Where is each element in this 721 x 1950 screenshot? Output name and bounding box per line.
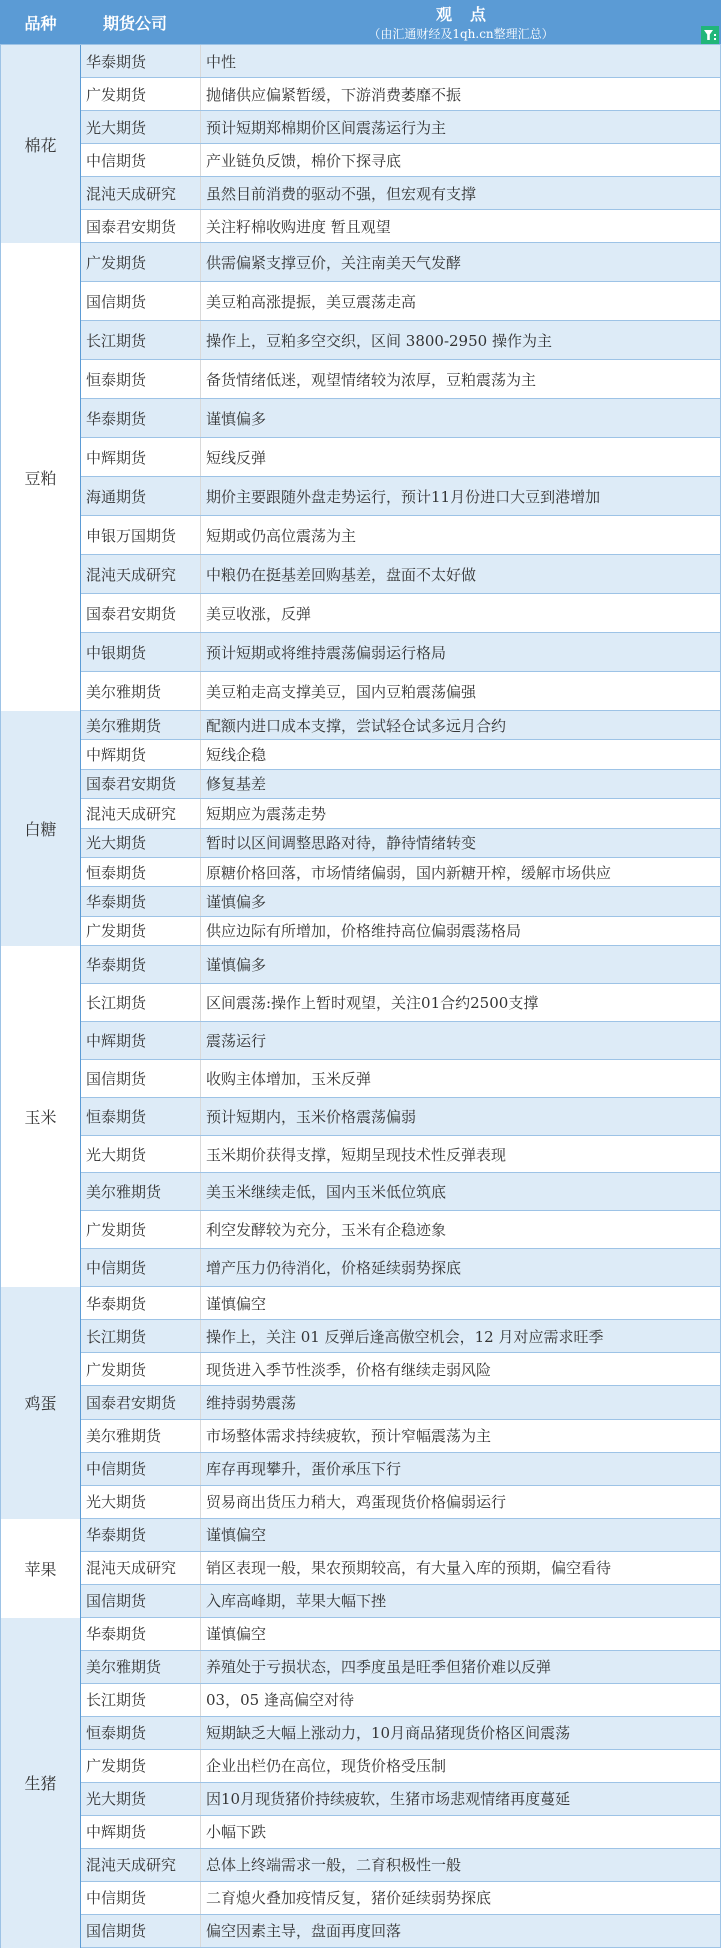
table-row: 中信期货产业链负反馈，棉价下探寻底 (81, 144, 721, 177)
table-row: 国信期货美豆粕高涨提振，美豆震荡走高 (81, 282, 721, 321)
view-cell: 谨慎偏多 (201, 887, 720, 915)
view-cell: 虽然目前消费的驱动不强，但宏观有支撑 (201, 177, 720, 209)
company-cell: 恒泰期货 (81, 360, 201, 398)
table-row: 海通期货期价主要跟随外盘走势运行，预计11月份进口大豆到港增加 (81, 477, 721, 516)
table-row: 光大期货预计短期郑棉期价区间震荡运行为主 (81, 111, 721, 144)
table-row: 中信期货库存再现攀升，蛋价承压下行 (81, 1453, 721, 1486)
company-cell: 广发期货 (81, 78, 201, 110)
table-row: 长江期货03，05 逢高偏空对待 (81, 1684, 721, 1717)
company-cell: 海通期货 (81, 477, 201, 515)
header-company: 期货公司 (81, 0, 201, 45)
company-cell: 国信期货 (81, 1915, 201, 1947)
view-cell: 小幅下跌 (201, 1816, 720, 1848)
view-cell: 市场整体需求持续疲软，预计窄幅震荡为主 (201, 1420, 720, 1452)
table-row: 中信期货增产压力仍待消化，价格延续弱势探底 (81, 1249, 721, 1287)
table-header: 品种 期货公司 观点 （由汇通财经及1qh.cn整理汇总） (0, 0, 721, 45)
view-cell: 利空发酵较为充分，玉米有企稳迹象 (201, 1211, 720, 1248)
view-cell: 预计短期或将维持震荡偏弱运行格局 (201, 633, 720, 671)
company-cell: 混沌天成研究 (81, 1552, 201, 1584)
view-cell: 短期或仍高位震荡为主 (201, 516, 720, 554)
header-variety: 品种 (0, 0, 81, 45)
company-cell: 中辉期货 (81, 740, 201, 768)
company-cell: 中银期货 (81, 633, 201, 671)
variety-group: 苹果华泰期货谨慎偏空混沌天成研究销区表现一般，果农预期较高，有大量入库的预期，偏… (0, 1519, 721, 1618)
table-row: 光大期货暂时以区间调整思路对待，静待情绪转变 (81, 829, 721, 858)
table-row: 光大期货玉米期价获得支撑，短期呈现技术性反弹表现 (81, 1136, 721, 1174)
view-cell: 操作上，豆粕多空交织，区间 3800-2950 操作为主 (201, 321, 720, 359)
table-row: 美尔雅期货配额内进口成本支撑，尝试轻仓试多远月合约 (81, 711, 721, 740)
company-cell: 美尔雅期货 (81, 1420, 201, 1452)
company-cell: 国泰君安期货 (81, 770, 201, 798)
company-cell: 中辉期货 (81, 1022, 201, 1059)
view-cell: 谨慎偏空 (201, 1618, 720, 1650)
view-cell: 总体上终端需求一般，二育积极性一般 (201, 1849, 720, 1881)
table-row: 混沌天成研究销区表现一般，果农预期较高，有大量入库的预期，偏空看待 (81, 1552, 721, 1585)
company-cell: 光大期货 (81, 111, 201, 143)
variety-rows: 华泰期货谨慎偏空混沌天成研究销区表现一般，果农预期较高，有大量入库的预期，偏空看… (81, 1519, 721, 1618)
table-row: 混沌天成研究总体上终端需求一般，二育积极性一般 (81, 1849, 721, 1882)
table-row: 华泰期货谨慎偏空 (81, 1618, 721, 1651)
table-row: 国信期货收购主体增加，玉米反弹 (81, 1060, 721, 1098)
company-cell: 长江期货 (81, 1684, 201, 1716)
table-row: 中辉期货小幅下跌 (81, 1816, 721, 1849)
view-cell: 美豆收涨，反弹 (201, 594, 720, 632)
table-row: 国信期货入库高峰期，苹果大幅下挫 (81, 1585, 721, 1618)
view-cell: 预计短期郑棉期价区间震荡运行为主 (201, 111, 720, 143)
company-cell: 恒泰期货 (81, 858, 201, 886)
table-row: 恒泰期货预计短期内，玉米价格震荡偏弱 (81, 1098, 721, 1136)
view-cell: 入库高峰期，苹果大幅下挫 (201, 1585, 720, 1617)
view-cell: 短线反弹 (201, 438, 720, 476)
table-row: 国信期货偏空因素主导，盘面再度回落 (81, 1915, 721, 1948)
table-row: 混沌天成研究中粮仍在挺基差回购基差，盘面不太好做 (81, 555, 721, 594)
company-cell: 国泰君安期货 (81, 210, 201, 242)
variety-label: 苹果 (0, 1519, 81, 1618)
view-cell: 谨慎偏多 (201, 399, 720, 437)
company-cell: 华泰期货 (81, 887, 201, 915)
company-cell: 广发期货 (81, 1211, 201, 1248)
view-cell: 产业链负反馈，棉价下探寻底 (201, 144, 720, 176)
view-cell: 美豆粕走高支撑美豆，国内豆粕震荡偏强 (201, 672, 720, 710)
table-row: 中辉期货短线企稳 (81, 740, 721, 769)
header-view: 观点 （由汇通财经及1qh.cn整理汇总） (201, 0, 721, 45)
variety-label: 生猪 (0, 1618, 81, 1948)
company-cell: 中信期货 (81, 1453, 201, 1485)
variety-group: 白糖美尔雅期货配额内进口成本支撑，尝试轻仓试多远月合约中辉期货短线企稳国泰君安期… (0, 711, 721, 946)
view-cell: 期价主要跟随外盘走势运行，预计11月份进口大豆到港增加 (201, 477, 720, 515)
company-cell: 国信期货 (81, 282, 201, 320)
view-cell: 短期缺乏大幅上涨动力，10月商品猪现货价格区间震荡 (201, 1717, 720, 1749)
table-row: 恒泰期货短期缺乏大幅上涨动力，10月商品猪现货价格区间震荡 (81, 1717, 721, 1750)
view-cell: 现货进入季节性淡季，价格有继续走弱风险 (201, 1353, 720, 1385)
view-cell: 收购主体增加，玉米反弹 (201, 1060, 720, 1097)
company-cell: 中信期货 (81, 144, 201, 176)
table-row: 国泰君安期货关注籽棉收购进度 暂且观望 (81, 210, 721, 243)
company-cell: 光大期货 (81, 1486, 201, 1518)
view-cell: 关注籽棉收购进度 暂且观望 (201, 210, 720, 242)
table-row: 中辉期货震荡运行 (81, 1022, 721, 1060)
company-cell: 华泰期货 (81, 1618, 201, 1650)
company-cell: 国信期货 (81, 1585, 201, 1617)
view-cell: 谨慎偏空 (201, 1287, 720, 1319)
variety-rows: 美尔雅期货配额内进口成本支撑，尝试轻仓试多远月合约中辉期货短线企稳国泰君安期货修… (81, 711, 721, 946)
company-cell: 美尔雅期货 (81, 1173, 201, 1210)
company-cell: 中信期货 (81, 1249, 201, 1286)
variety-group: 生猪华泰期货谨慎偏空美尔雅期货养殖处于亏损状态，四季度虽是旺季但猪价难以反弹长江… (0, 1618, 721, 1948)
view-cell: 玉米期价获得支撑，短期呈现技术性反弹表现 (201, 1136, 720, 1173)
view-cell: 二育熄火叠加疫情反复，猪价延续弱势探底 (201, 1882, 720, 1914)
view-cell: 备货情绪低迷，观望情绪较为浓厚，豆粕震荡为主 (201, 360, 720, 398)
filter-icon (703, 28, 717, 42)
company-cell: 广发期货 (81, 1750, 201, 1782)
table-row: 华泰期货谨慎偏空 (81, 1287, 721, 1320)
company-cell: 长江期货 (81, 321, 201, 359)
table-row: 华泰期货谨慎偏空 (81, 1519, 721, 1552)
view-cell: 短线企稳 (201, 740, 720, 768)
table-row: 美尔雅期货市场整体需求持续疲软，预计窄幅震荡为主 (81, 1420, 721, 1453)
company-cell: 华泰期货 (81, 45, 201, 77)
company-cell: 中信期货 (81, 1882, 201, 1914)
table-row: 混沌天成研究短期应为震荡走势 (81, 799, 721, 828)
table-row: 中银期货预计短期或将维持震荡偏弱运行格局 (81, 633, 721, 672)
table-row: 中辉期货短线反弹 (81, 438, 721, 477)
view-cell: 中性 (201, 45, 720, 77)
view-cell: 区间震荡:操作上暂时观望，关注01合约2500支撑 (201, 984, 720, 1021)
table-row: 国泰君安期货美豆收涨，反弹 (81, 594, 721, 633)
table-row: 广发期货供应边际有所增加，价格维持高位偏弱震荡格局 (81, 917, 721, 946)
company-cell: 混沌天成研究 (81, 177, 201, 209)
variety-label: 白糖 (0, 711, 81, 946)
table-row: 广发期货企业出栏仍在高位，现货价格受压制 (81, 1750, 721, 1783)
table-row: 长江期货操作上，关注 01 反弹后逢高傲空机会，12 月对应需求旺季 (81, 1320, 721, 1353)
variety-label: 棉花 (0, 45, 81, 243)
header-view-title: 观点 (201, 6, 721, 24)
variety-rows: 广发期货供需偏紧支撑豆价，关注南美天气发酵国信期货美豆粕高涨提振，美豆震荡走高长… (81, 243, 721, 711)
view-cell: 美玉米继续走低，国内玉米低位筑底 (201, 1173, 720, 1210)
table-row: 广发期货供需偏紧支撑豆价，关注南美天气发酵 (81, 243, 721, 282)
view-cell: 贸易商出货压力稍大，鸡蛋现货价格偏弱运行 (201, 1486, 720, 1518)
table-row: 美尔雅期货美豆粕走高支撑美豆，国内豆粕震荡偏强 (81, 672, 721, 711)
view-cell: 原糖价格回落，市场情绪偏弱，国内新糖开榨，缓解市场供应 (201, 858, 720, 886)
company-cell: 光大期货 (81, 1783, 201, 1815)
view-cell: 美豆粕高涨提振，美豆震荡走高 (201, 282, 720, 320)
header-view-subtitle: （由汇通财经及1qh.cn整理汇总） (201, 26, 721, 42)
view-cell: 供需偏紧支撑豆价，关注南美天气发酵 (201, 243, 720, 281)
table-row: 长江期货操作上，豆粕多空交织，区间 3800-2950 操作为主 (81, 321, 721, 360)
variety-label: 豆粕 (0, 243, 81, 711)
company-cell: 华泰期货 (81, 1287, 201, 1319)
company-cell: 广发期货 (81, 243, 201, 281)
view-cell: 中粮仍在挺基差回购基差，盘面不太好做 (201, 555, 720, 593)
company-cell: 光大期货 (81, 829, 201, 857)
table-row: 恒泰期货备货情绪低迷，观望情绪较为浓厚，豆粕震荡为主 (81, 360, 721, 399)
table-row: 广发期货现货进入季节性淡季，价格有继续走弱风险 (81, 1353, 721, 1386)
company-cell: 广发期货 (81, 1353, 201, 1385)
company-cell: 国信期货 (81, 1060, 201, 1097)
table-row: 光大期货贸易商出货压力稍大，鸡蛋现货价格偏弱运行 (81, 1486, 721, 1519)
company-cell: 长江期货 (81, 984, 201, 1021)
table-row: 国泰君安期货维持弱势震荡 (81, 1386, 721, 1419)
table-row: 申银万国期货短期或仍高位震荡为主 (81, 516, 721, 555)
view-cell: 短期应为震荡走势 (201, 799, 720, 827)
company-cell: 混沌天成研究 (81, 1849, 201, 1881)
table-row: 华泰期货谨慎偏多 (81, 946, 721, 984)
company-cell: 华泰期货 (81, 946, 201, 983)
view-cell: 供应边际有所增加，价格维持高位偏弱震荡格局 (201, 917, 720, 945)
company-cell: 美尔雅期货 (81, 1651, 201, 1683)
table-row: 光大期货因10月现货猪价持续疲软，生猪市场悲观情绪再度蔓延 (81, 1783, 721, 1816)
view-cell: 企业出栏仍在高位，现货价格受压制 (201, 1750, 720, 1782)
company-cell: 长江期货 (81, 1320, 201, 1352)
view-cell: 谨慎偏多 (201, 946, 720, 983)
company-cell: 恒泰期货 (81, 1717, 201, 1749)
filter-button[interactable] (701, 26, 719, 44)
view-cell: 因10月现货猪价持续疲软，生猪市场悲观情绪再度蔓延 (201, 1783, 720, 1815)
company-cell: 申银万国期货 (81, 516, 201, 554)
company-cell: 中辉期货 (81, 1816, 201, 1848)
variety-rows: 华泰期货谨慎偏空美尔雅期货养殖处于亏损状态，四季度虽是旺季但猪价难以反弹长江期货… (81, 1618, 721, 1948)
company-cell: 华泰期货 (81, 1519, 201, 1551)
table-row: 美尔雅期货美玉米继续走低，国内玉米低位筑底 (81, 1173, 721, 1211)
company-cell: 混沌天成研究 (81, 555, 201, 593)
company-cell: 国泰君安期货 (81, 594, 201, 632)
table-body: 棉花华泰期货中性广发期货抛储供应偏紧暂缓，下游消费萎靡不振光大期货预计短期郑棉期… (0, 45, 721, 1948)
company-cell: 广发期货 (81, 917, 201, 945)
company-cell: 恒泰期货 (81, 1098, 201, 1135)
view-cell: 销区表现一般，果农预期较高，有大量入库的预期，偏空看待 (201, 1552, 720, 1584)
table-row: 广发期货抛储供应偏紧暂缓，下游消费萎靡不振 (81, 78, 721, 111)
table-row: 华泰期货谨慎偏多 (81, 887, 721, 916)
variety-group: 玉米华泰期货谨慎偏多长江期货区间震荡:操作上暂时观望，关注01合约2500支撑中… (0, 946, 721, 1287)
view-cell: 修复基差 (201, 770, 720, 798)
company-cell: 美尔雅期货 (81, 711, 201, 739)
company-cell: 混沌天成研究 (81, 799, 201, 827)
table-row: 华泰期货谨慎偏多 (81, 399, 721, 438)
view-cell: 暂时以区间调整思路对待，静待情绪转变 (201, 829, 720, 857)
table-row: 国泰君安期货修复基差 (81, 770, 721, 799)
variety-rows: 华泰期货中性广发期货抛储供应偏紧暂缓，下游消费萎靡不振光大期货预计短期郑棉期价区… (81, 45, 721, 243)
view-cell: 操作上，关注 01 反弹后逢高傲空机会，12 月对应需求旺季 (201, 1320, 720, 1352)
variety-label: 玉米 (0, 946, 81, 1287)
company-cell: 国泰君安期货 (81, 1386, 201, 1418)
table-row: 长江期货区间震荡:操作上暂时观望，关注01合约2500支撑 (81, 984, 721, 1022)
variety-label: 鸡蛋 (0, 1287, 81, 1519)
company-cell: 美尔雅期货 (81, 672, 201, 710)
view-cell: 养殖处于亏损状态，四季度虽是旺季但猪价难以反弹 (201, 1651, 720, 1683)
variety-rows: 华泰期货谨慎偏多长江期货区间震荡:操作上暂时观望，关注01合约2500支撑中辉期… (81, 946, 721, 1287)
company-cell: 中辉期货 (81, 438, 201, 476)
view-cell: 震荡运行 (201, 1022, 720, 1059)
table-row: 恒泰期货原糖价格回落，市场情绪偏弱，国内新糖开榨，缓解市场供应 (81, 858, 721, 887)
view-cell: 维持弱势震荡 (201, 1386, 720, 1418)
table-row: 广发期货利空发酵较为充分，玉米有企稳迹象 (81, 1211, 721, 1249)
table-row: 华泰期货中性 (81, 45, 721, 78)
table-row: 混沌天成研究虽然目前消费的驱动不强，但宏观有支撑 (81, 177, 721, 210)
futures-views-table: 品种 期货公司 观点 （由汇通财经及1qh.cn整理汇总） 棉花华泰期货中性广发… (0, 0, 721, 1948)
company-cell: 光大期货 (81, 1136, 201, 1173)
company-cell: 华泰期货 (81, 399, 201, 437)
view-cell: 增产压力仍待消化，价格延续弱势探底 (201, 1249, 720, 1286)
view-cell: 偏空因素主导，盘面再度回落 (201, 1915, 720, 1947)
table-row: 美尔雅期货养殖处于亏损状态，四季度虽是旺季但猪价难以反弹 (81, 1651, 721, 1684)
view-cell: 库存再现攀升，蛋价承压下行 (201, 1453, 720, 1485)
view-cell: 预计短期内，玉米价格震荡偏弱 (201, 1098, 720, 1135)
variety-rows: 华泰期货谨慎偏空长江期货操作上，关注 01 反弹后逢高傲空机会，12 月对应需求… (81, 1287, 721, 1519)
variety-group: 棉花华泰期货中性广发期货抛储供应偏紧暂缓，下游消费萎靡不振光大期货预计短期郑棉期… (0, 45, 721, 243)
view-cell: 03，05 逢高偏空对待 (201, 1684, 720, 1716)
variety-group: 鸡蛋华泰期货谨慎偏空长江期货操作上，关注 01 反弹后逢高傲空机会，12 月对应… (0, 1287, 721, 1519)
view-cell: 配额内进口成本支撑，尝试轻仓试多远月合约 (201, 711, 720, 739)
view-cell: 谨慎偏空 (201, 1519, 720, 1551)
variety-group: 豆粕广发期货供需偏紧支撑豆价，关注南美天气发酵国信期货美豆粕高涨提振，美豆震荡走… (0, 243, 721, 711)
table-row: 中信期货二育熄火叠加疫情反复，猪价延续弱势探底 (81, 1882, 721, 1915)
view-cell: 抛储供应偏紧暂缓，下游消费萎靡不振 (201, 78, 720, 110)
